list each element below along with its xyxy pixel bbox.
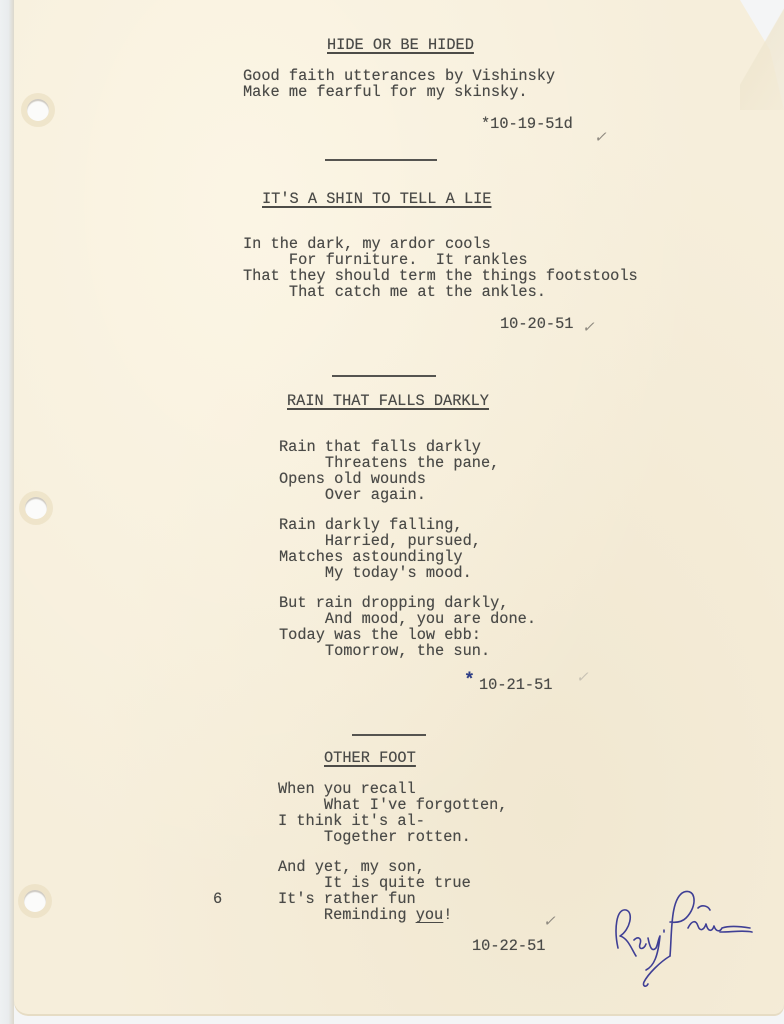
punctuation: ! xyxy=(443,906,452,924)
punch-hole xyxy=(24,890,46,912)
poem-line: When you recall xyxy=(278,781,416,797)
poem-line: But rain dropping darkly, xyxy=(279,595,509,611)
poem-date: 10-22-51 xyxy=(472,938,545,954)
poem-title: IT'S A SHIN TO TELL A LIE xyxy=(262,191,492,207)
section-divider xyxy=(332,375,436,377)
poem-line: Make me fearful for my skinsky. xyxy=(243,84,528,100)
poem-line: What I've forgotten, xyxy=(278,797,508,813)
section-divider xyxy=(325,159,437,161)
signature-ray-bruce xyxy=(600,870,760,990)
punch-hole xyxy=(25,497,47,519)
poem-line: Good faith utterances by Vishinsky xyxy=(243,68,555,84)
poem-line: Rain that falls darkly xyxy=(279,439,481,455)
checkmark-icon: ✓ xyxy=(543,912,556,930)
checkmark-icon: ✓ xyxy=(582,318,595,336)
poem-line: For furniture. It rankles xyxy=(243,252,528,268)
poem-line: I think it's al- xyxy=(278,813,425,829)
poem-title: HIDE OR BE HIDED xyxy=(327,37,474,53)
poem-line: It is quite true xyxy=(278,875,471,891)
section-divider xyxy=(352,734,426,736)
poem-line: Opens old wounds xyxy=(279,471,426,487)
poem-line: It's rather fun xyxy=(278,891,416,907)
poem-line: Tomorrow, the sun. xyxy=(279,643,490,659)
poem-date: *10-19-51d xyxy=(481,116,573,132)
punch-hole xyxy=(27,99,49,121)
checkmark-icon: ✓ xyxy=(576,668,589,686)
checkmark-icon: ✓ xyxy=(594,128,607,146)
poem-line: Reminding xyxy=(278,906,416,924)
folded-corner xyxy=(740,0,784,110)
asterisk-mark: * xyxy=(464,673,475,689)
poem-line: That catch me at the ankles. xyxy=(243,284,546,300)
poem-line: In the dark, my ardor cools xyxy=(243,236,491,252)
poem-line: My today's mood. xyxy=(279,565,472,581)
poem-date: 10-20-51 xyxy=(500,316,573,332)
poem-line: Today was the low ebb: xyxy=(279,627,481,643)
underlined-word: you xyxy=(416,906,444,924)
poem-line: And mood, you are done. xyxy=(279,611,536,627)
poem-line: Together rotten. xyxy=(278,829,471,845)
poem-date: 10-21-51 xyxy=(479,677,552,693)
poem-line: Threatens the pane, xyxy=(279,455,499,471)
poem-line: Over again. xyxy=(279,487,426,503)
page-number: 6 xyxy=(213,891,222,907)
poem-line: Harried, pursued, xyxy=(279,533,481,549)
poem-line: Matches astoundingly xyxy=(279,549,463,565)
poem-title: OTHER FOOT xyxy=(324,750,416,766)
poem-title: RAIN THAT FALLS DARKLY xyxy=(287,393,489,409)
poem-line: And yet, my son, xyxy=(278,859,425,875)
poem-line: That they should term the things footsto… xyxy=(243,268,638,284)
scan-left-edge xyxy=(0,0,14,1024)
poem-line-last: Reminding you! xyxy=(278,907,452,923)
poem-line: Rain darkly falling, xyxy=(279,517,463,533)
